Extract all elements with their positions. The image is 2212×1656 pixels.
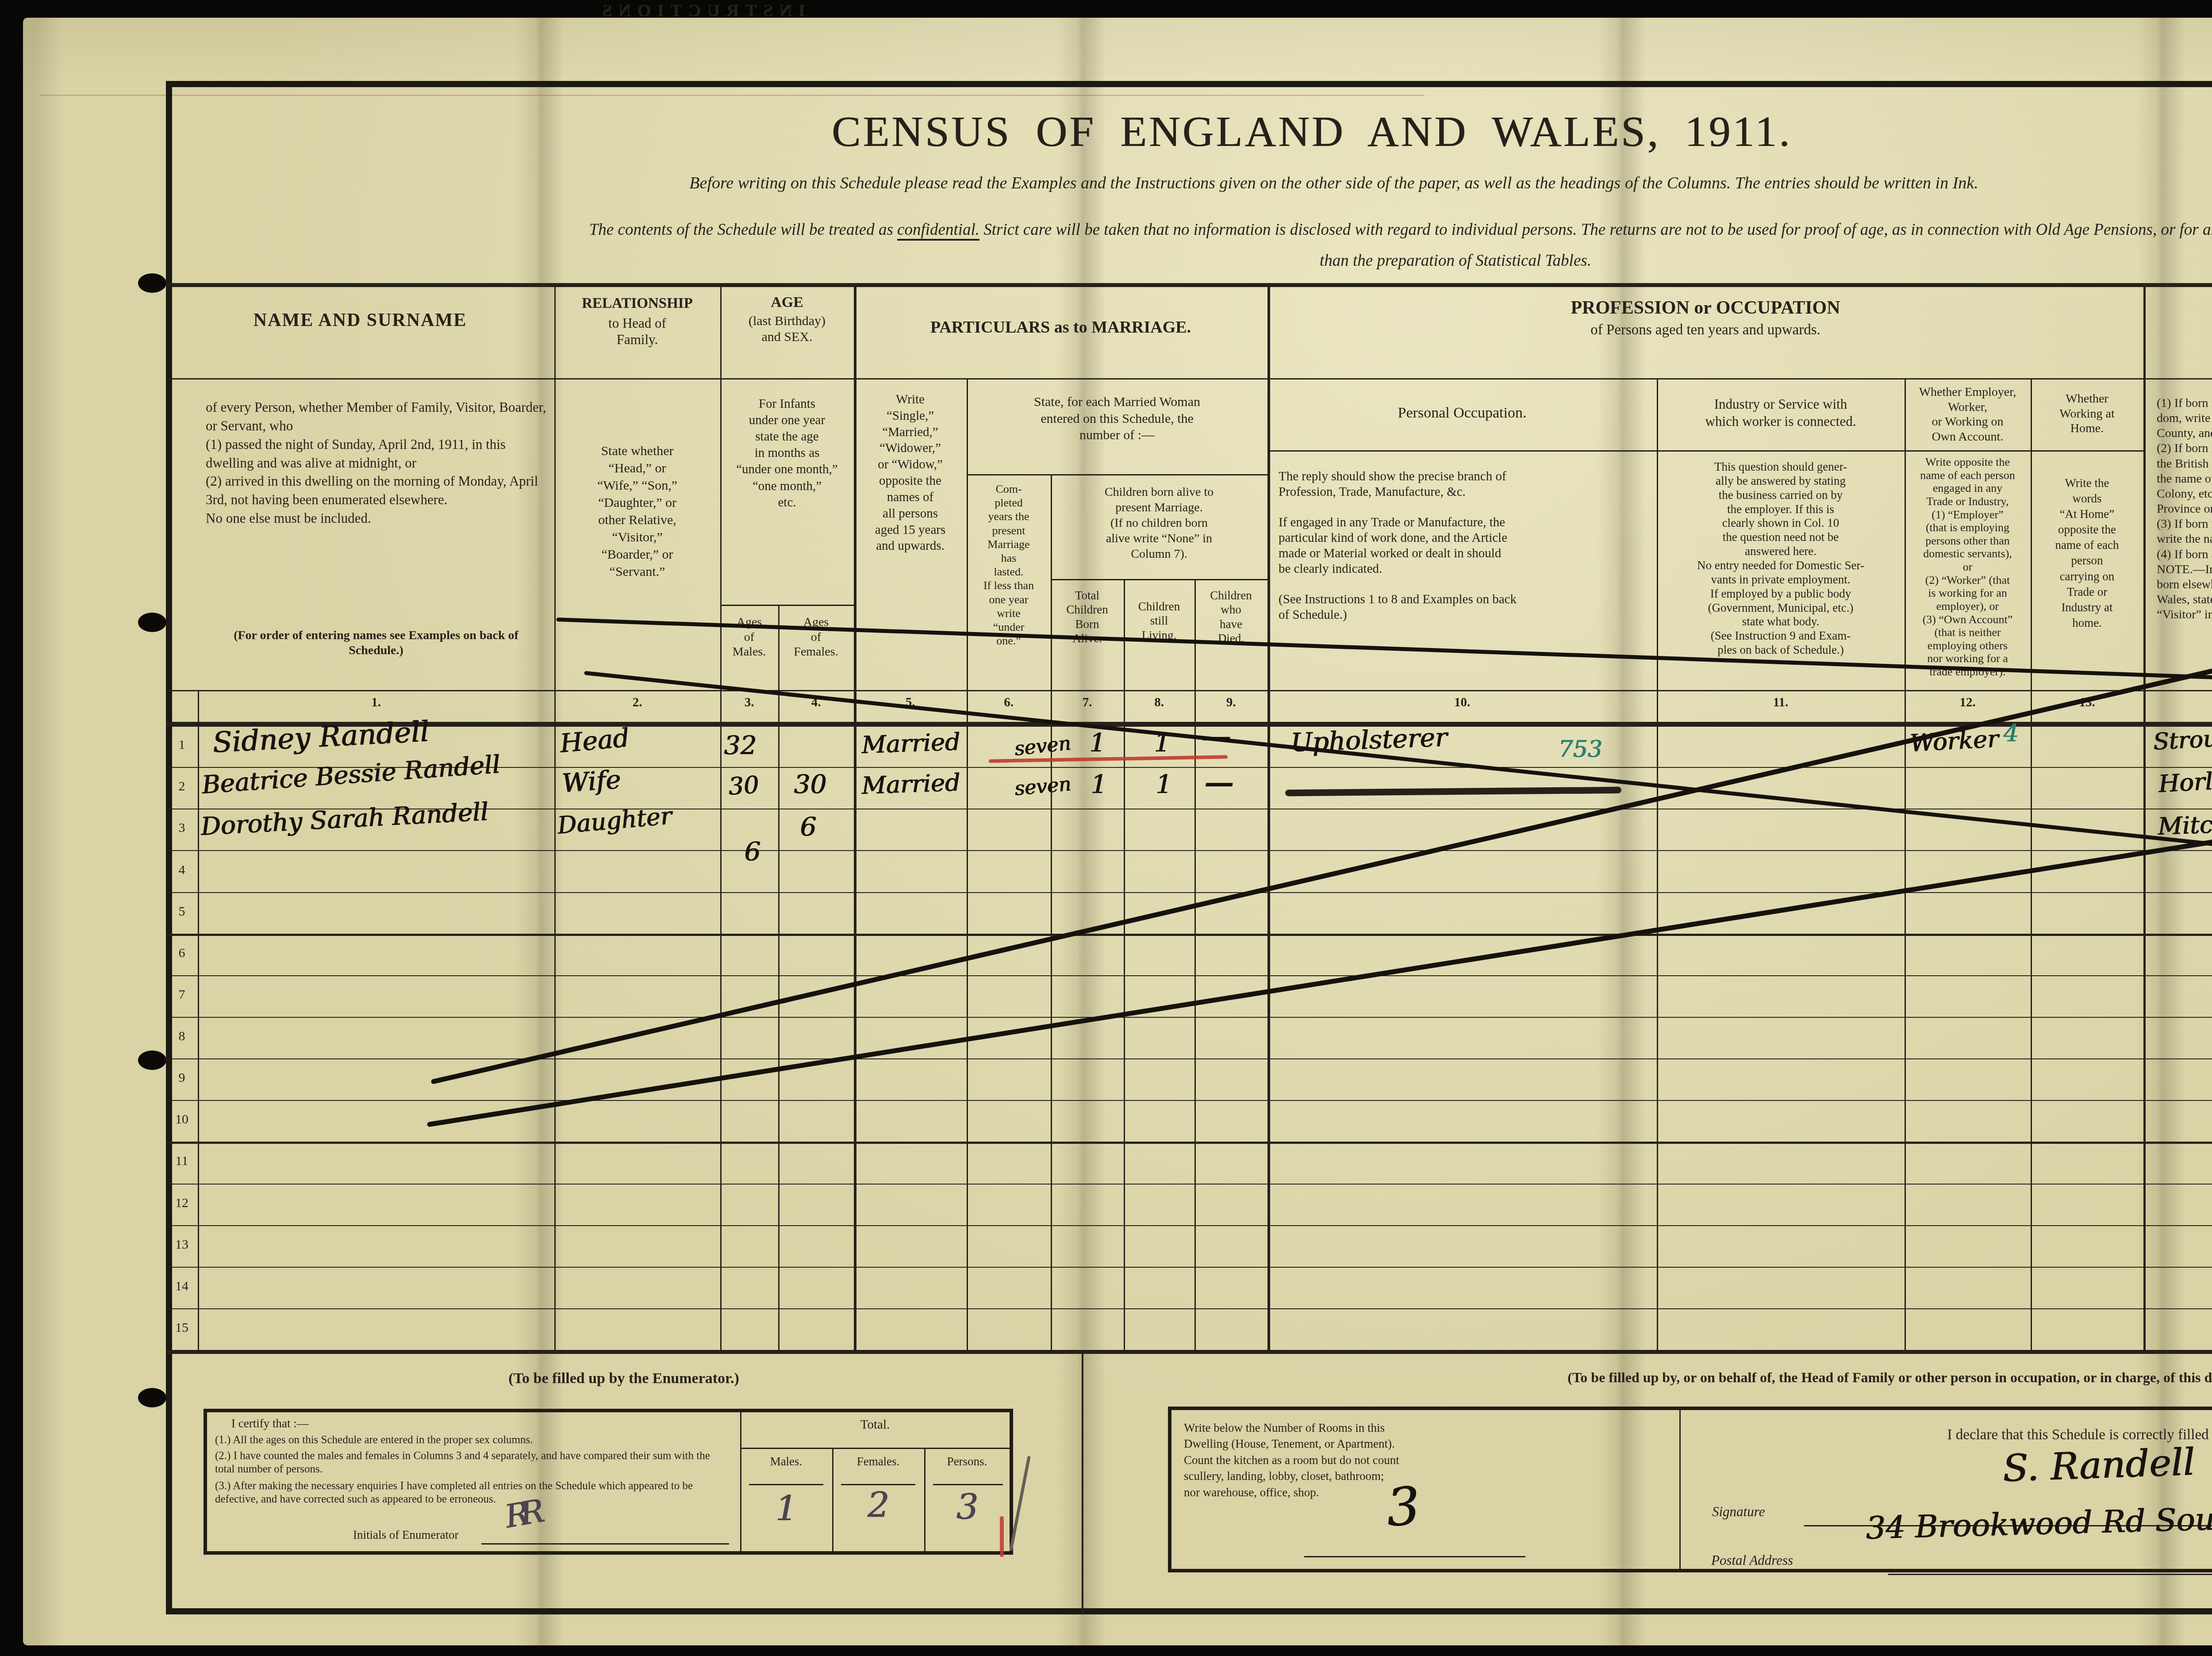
column-vline (967, 690, 968, 1350)
row-number: 13 (166, 1237, 198, 1252)
entry-employment-code: 4 (2003, 722, 2018, 746)
header-vline (720, 283, 722, 690)
entry-birthplace: Mitcham Surrey (2157, 808, 2212, 839)
totals-rule (740, 1448, 1010, 1449)
header-vline (2143, 283, 2146, 690)
column-vline (1124, 690, 1125, 1350)
postal-address-value: 34 Brookwood Rd Southfields (1865, 1500, 2212, 1544)
entry-age-female: 6 (800, 814, 816, 839)
column-vline (198, 690, 199, 1350)
females-label: Females. (832, 1455, 924, 1468)
header-vline (1657, 378, 1658, 690)
row-separator (166, 1142, 2212, 1144)
row-number: 7 (166, 987, 198, 1002)
signature-label: Signature (1712, 1504, 1765, 1520)
females-rule (841, 1484, 915, 1485)
entry-age-male-struck: 6 (744, 839, 2212, 864)
row-number: 2 (166, 779, 198, 794)
initials-label: Initials of Enumerator (353, 1528, 458, 1542)
column-number: 6. (967, 695, 1051, 710)
row-number: 9 (166, 1070, 198, 1085)
census-schedule-page: INSTRUCTIONS Number of Schedule (To be f… (0, 0, 2212, 1656)
header-vline (967, 378, 968, 690)
table-rule (166, 283, 2212, 287)
column-number: 1. (198, 695, 554, 710)
enumerator-heading: (To be filled up by the Enumerator.) (166, 1370, 1082, 1387)
row-separator (166, 1225, 2212, 1226)
bottom-section-divider (1082, 1350, 1083, 1614)
entry-age-male: 32 (724, 732, 757, 758)
males-label: Males. (740, 1455, 832, 1468)
header-vline (1905, 378, 1906, 690)
persons-label: Persons. (924, 1455, 1010, 1468)
rooms-rule (1304, 1556, 1525, 1557)
certify-1: (1.) All the ages on this Schedule are e… (215, 1434, 728, 1447)
row-separator (166, 1100, 2212, 1101)
rooms-text: Write below the Number of Rooms in this … (1184, 1420, 1671, 1500)
entry-relationship: Head (559, 725, 630, 756)
column-vline (720, 690, 722, 1350)
head-box-divider (1679, 1410, 1681, 1569)
persons-value: 3 (924, 1490, 1010, 1525)
row-separator (166, 1267, 2212, 1268)
row-number: 1 (166, 737, 198, 752)
column-number: 2. (554, 695, 720, 710)
header-vline (1051, 474, 1052, 690)
row-number: 6 (166, 946, 198, 961)
header-vline (2031, 378, 2032, 690)
head-heading: (To be filled up by, or on behalf of, th… (1099, 1369, 2212, 1386)
entry-children-born: 1 (1091, 771, 1107, 797)
row-separator (166, 1308, 2212, 1309)
header-hline (1051, 579, 1267, 580)
row-separator (166, 975, 2212, 976)
column-vline (1905, 690, 1906, 1350)
row-number: 15 (166, 1320, 198, 1335)
males-value: 1 (740, 1492, 832, 1526)
certify-intro: I certify that :— (231, 1417, 309, 1430)
postal-address-rule (1888, 1574, 2212, 1575)
header-vline (1124, 579, 1125, 690)
row-number: 14 (166, 1279, 198, 1294)
initials-value: RR (502, 1496, 538, 1533)
column-vline (2143, 690, 2146, 1350)
row-number: 3 (166, 820, 198, 836)
column-number: 3. (720, 695, 778, 710)
column-vline (554, 690, 556, 1350)
totals-divider (740, 1412, 741, 1551)
males-rule (749, 1484, 823, 1485)
column-number: 7. (1051, 695, 1124, 710)
row-number: 8 (166, 1029, 198, 1044)
postal-address-label: Postal Address (1711, 1552, 1793, 1568)
signature-value: S. Randell (2002, 1443, 2195, 1487)
rooms-value: 3 (1385, 1480, 1421, 1534)
row-separator (166, 934, 2212, 936)
red-tally-mark (1000, 1516, 1004, 1557)
certify-3: (3.) After making the necessary enquirie… (215, 1480, 728, 1506)
header-hline (720, 605, 854, 606)
persons-rule (933, 1484, 1003, 1485)
row-number: 11 (166, 1154, 198, 1169)
enumerator-box: I certify that :— (1.) All the ages on t… (204, 1409, 1013, 1555)
entry-years-married: seven (1014, 774, 1071, 799)
entry-occupation-code: 753 (1558, 738, 1602, 761)
females-value: 2 (832, 1488, 924, 1523)
totals-label: Total. (740, 1418, 1010, 1432)
row-separator (166, 1058, 2212, 1059)
column-vline (1267, 690, 1270, 1350)
entry-children-living: 1 (1156, 771, 1172, 797)
column-vline (1194, 690, 1196, 1350)
column-vline (1657, 690, 1658, 1350)
column-number: 8. (1124, 695, 1194, 710)
row-separator (166, 1017, 2212, 1018)
entry-children-died-dash: — (1204, 768, 1233, 797)
row-number: 10 (166, 1112, 198, 1127)
header-vline (554, 283, 556, 690)
column-number: 9. (1194, 695, 1267, 710)
entry-relationship: Wife (561, 767, 622, 796)
entry-age-female: 30 (794, 771, 826, 797)
column-number: 10. (1267, 695, 1657, 710)
entry-condition: Married (861, 770, 960, 798)
entry-condition: Married (861, 730, 960, 757)
header-hline (1267, 450, 2143, 452)
header-hline (967, 474, 1267, 475)
row-number: 5 (166, 904, 198, 919)
header-vline (1194, 579, 1196, 690)
declaration-text: I declare that this Schedule is correctl… (1698, 1427, 2212, 1443)
row-number: 12 (166, 1196, 198, 1211)
certify-2: (2.) I have counted the males and female… (215, 1449, 728, 1476)
header-vline (778, 605, 780, 690)
header-vline (1267, 283, 1270, 690)
row-number: 4 (166, 862, 198, 878)
table-rule (166, 1350, 2212, 1354)
column-vline (2031, 690, 2032, 1350)
row-separator (166, 1184, 2212, 1184)
initials-rule (481, 1543, 729, 1545)
head-box: Write below the Number of Rooms in this … (1168, 1407, 2212, 1572)
